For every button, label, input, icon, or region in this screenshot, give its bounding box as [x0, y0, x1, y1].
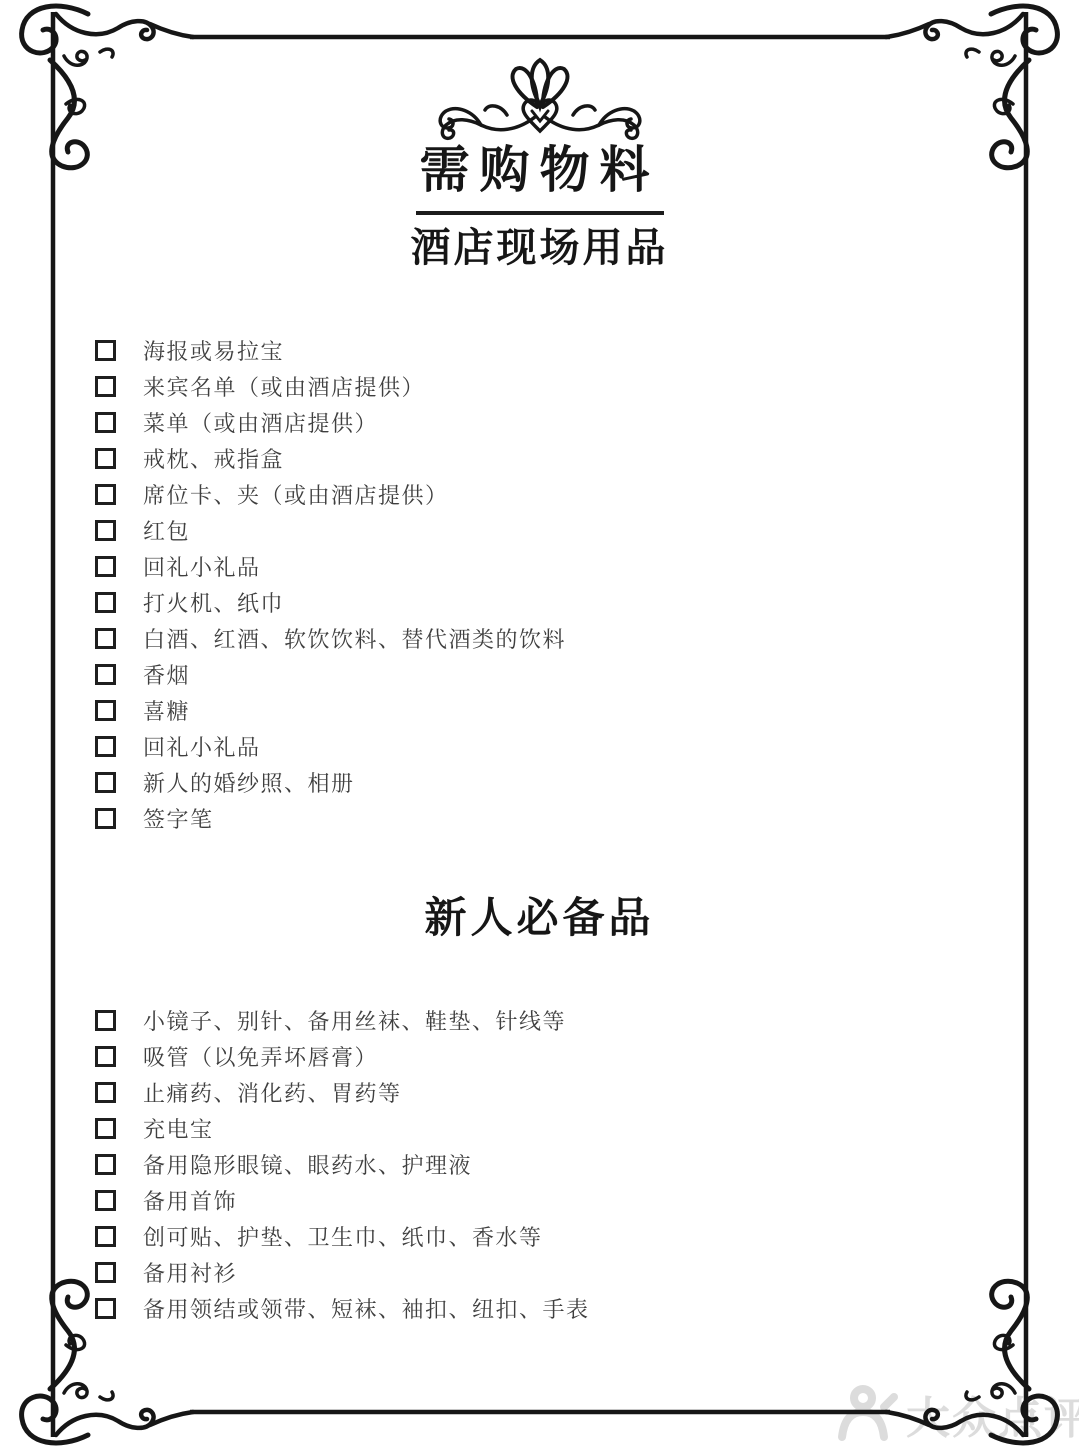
checklist-item-label: 新人的婚纱照、相册 [143, 767, 355, 798]
checklist-item-label: 回礼小礼品 [143, 551, 261, 582]
checkbox[interactable] [95, 808, 116, 829]
list-item: 来宾名单（或由酒店提供） [95, 368, 566, 404]
checklist-item-label: 香烟 [143, 659, 190, 690]
checklist-item-label: 止痛药、消化药、胃药等 [143, 1077, 402, 1108]
checklist-item-label: 席位卡、夹（或由酒店提供） [143, 479, 449, 510]
checkbox[interactable] [95, 1298, 116, 1319]
header-flourish-icon [415, 55, 665, 143]
checklist-item-label: 来宾名单（或由酒店提供） [143, 371, 425, 402]
checklist-venue-supplies: 海报或易拉宝 来宾名单（或由酒店提供） 菜单（或由酒店提供） 戒枕、戒指盒 [95, 332, 566, 836]
list-item: 小镜子、别针、备用丝袜、鞋垫、针线等 [95, 1002, 590, 1038]
checklist-item-label: 充电宝 [143, 1113, 214, 1144]
checkbox[interactable] [95, 376, 116, 397]
checkbox[interactable] [95, 772, 116, 793]
list-item: 签字笔 [95, 800, 566, 836]
checklist-item-label: 戒枕、戒指盒 [143, 443, 284, 474]
checklist-item-label: 创可贴、护垫、卫生巾、纸巾、香水等 [143, 1221, 543, 1252]
list-item: 席位卡、夹（或由酒店提供） [95, 476, 566, 512]
section-title-couple-essentials: 新人必备品 [0, 890, 1079, 946]
checklist-item-label: 打火机、纸巾 [143, 587, 284, 618]
checkbox[interactable] [95, 1118, 116, 1139]
checkbox[interactable] [95, 556, 116, 577]
checklist-item-label: 白酒、红酒、软饮饮料、替代酒类的饮料 [143, 623, 566, 654]
checkbox[interactable] [95, 412, 116, 433]
checklist-item-label: 吸管（以免弄坏唇膏） [143, 1041, 378, 1072]
checklist-couple-essentials: 小镜子、别针、备用丝袜、鞋垫、针线等 吸管（以免弄坏唇膏） 止痛药、消化药、胃药… [95, 1002, 590, 1326]
title-divider [416, 211, 664, 215]
list-item: 备用首饰 [95, 1182, 590, 1218]
checklist-item-label: 小镜子、别针、备用丝袜、鞋垫、针线等 [143, 1005, 566, 1036]
checklist-item-label: 签字笔 [143, 803, 214, 834]
checkbox[interactable] [95, 592, 116, 613]
section-title-venue: 酒店现场用品 [0, 222, 1079, 274]
checklist-item-label: 备用领结或领带、短袜、袖扣、纽扣、手表 [143, 1293, 590, 1324]
checkbox[interactable] [95, 1262, 116, 1283]
checklist-item-label: 备用隐形眼镜、眼药水、护理液 [143, 1149, 472, 1180]
checklist-item-label: 海报或易拉宝 [143, 335, 284, 366]
checkbox[interactable] [95, 664, 116, 685]
list-item: 菜单（或由酒店提供） [95, 404, 566, 440]
checklist-document: 大众点评 [0, 0, 1079, 1449]
list-item: 海报或易拉宝 [95, 332, 566, 368]
list-item: 香烟 [95, 656, 566, 692]
checkbox[interactable] [95, 700, 116, 721]
checkbox[interactable] [95, 628, 116, 649]
list-item: 回礼小礼品 [95, 548, 566, 584]
list-item: 创可贴、护垫、卫生巾、纸巾、香水等 [95, 1218, 590, 1254]
checklist-item-label: 菜单（或由酒店提供） [143, 407, 378, 438]
list-item: 喜糖 [95, 692, 566, 728]
page-title: 需购物料 [0, 140, 1079, 200]
checkbox[interactable] [95, 1154, 116, 1175]
checkbox[interactable] [95, 448, 116, 469]
list-item: 红包 [95, 512, 566, 548]
list-item: 备用领结或领带、短袜、袖扣、纽扣、手表 [95, 1290, 590, 1326]
checklist-item-label: 喜糖 [143, 695, 190, 726]
checkbox[interactable] [95, 1082, 116, 1103]
checkbox[interactable] [95, 1226, 116, 1247]
checkbox[interactable] [95, 1046, 116, 1067]
checkbox[interactable] [95, 736, 116, 757]
checkbox[interactable] [95, 340, 116, 361]
checklist-item-label: 红包 [143, 515, 190, 546]
list-item: 止痛药、消化药、胃药等 [95, 1074, 590, 1110]
list-item: 新人的婚纱照、相册 [95, 764, 566, 800]
list-item: 备用隐形眼镜、眼药水、护理液 [95, 1146, 590, 1182]
checkbox[interactable] [95, 484, 116, 505]
list-item: 吸管（以免弄坏唇膏） [95, 1038, 590, 1074]
checklist-item-label: 回礼小礼品 [143, 731, 261, 762]
checkbox[interactable] [95, 1190, 116, 1211]
checklist-item-label: 备用衬衫 [143, 1257, 237, 1288]
checkbox[interactable] [95, 520, 116, 541]
list-item: 戒枕、戒指盒 [95, 440, 566, 476]
list-item: 充电宝 [95, 1110, 590, 1146]
list-item: 打火机、纸巾 [95, 584, 566, 620]
list-item: 备用衬衫 [95, 1254, 590, 1290]
list-item: 回礼小礼品 [95, 728, 566, 764]
checkbox[interactable] [95, 1010, 116, 1031]
checklist-item-label: 备用首饰 [143, 1185, 237, 1216]
list-item: 白酒、红酒、软饮饮料、替代酒类的饮料 [95, 620, 566, 656]
